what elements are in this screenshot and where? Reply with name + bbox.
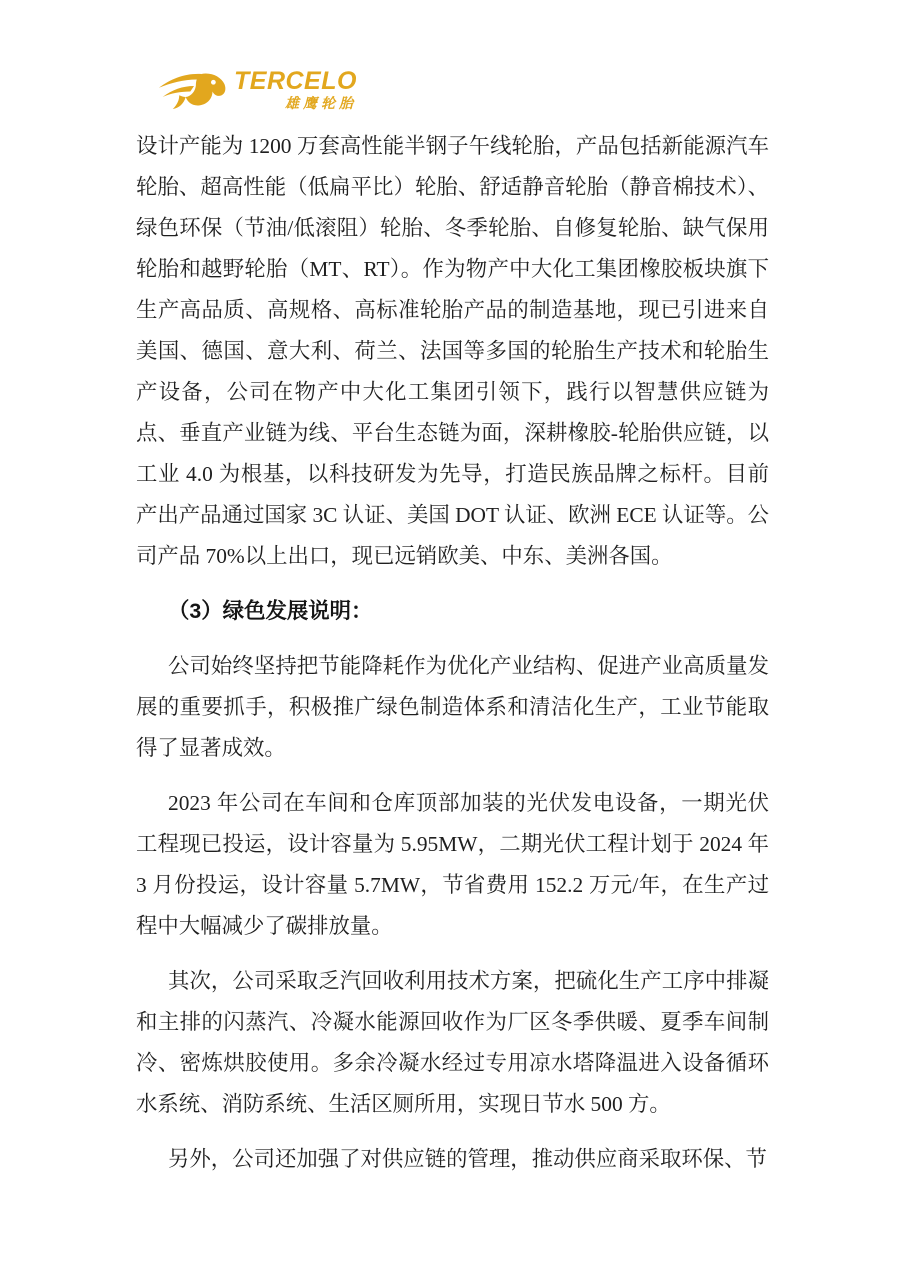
- logo-text: TERCELO 雄鹰轮胎: [234, 68, 357, 111]
- company-logo: TERCELO 雄鹰轮胎: [158, 68, 769, 116]
- document-body: 设计产能为 1200 万套高性能半钢子午线轮胎，产品包括新能源汽车轮胎、超高性能…: [136, 126, 769, 1180]
- brand-name: TERCELO: [234, 68, 357, 94]
- section-heading: （3）绿色发展说明：: [136, 591, 769, 632]
- body-paragraph: 公司始终坚持把节能降耗作为优化产业结构、促进产业高质量发展的重要抓手，积极推广绿…: [136, 646, 769, 769]
- body-paragraph: 2023 年公司在车间和仓库顶部加装的光伏发电设备，一期光伏工程现已投运，设计容…: [136, 783, 769, 947]
- document-page: TERCELO 雄鹰轮胎 设计产能为 1200 万套高性能半钢子午线轮胎，产品包…: [0, 0, 900, 1274]
- eagle-head-icon: [158, 70, 230, 113]
- brand-subtitle: 雄鹰轮胎: [234, 95, 357, 111]
- body-paragraph: 其次，公司采取乏汽回收利用技术方案，把硫化生产工序中排凝和主排的闪蒸汽、冷凝水能…: [136, 961, 769, 1125]
- body-paragraph: 另外，公司还加强了对供应链的管理，推动供应商采取环保、节: [136, 1139, 769, 1180]
- body-paragraph: 设计产能为 1200 万套高性能半钢子午线轮胎，产品包括新能源汽车轮胎、超高性能…: [136, 126, 769, 577]
